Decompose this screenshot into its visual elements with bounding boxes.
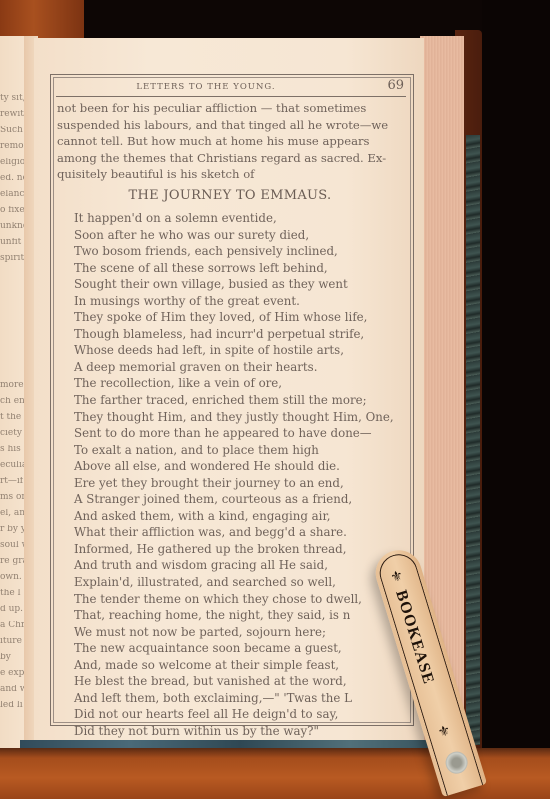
poem-line: Though blameless, had incurr'd perpetual…: [74, 326, 394, 343]
left-page-fragment: t the ti: [0, 413, 24, 422]
poem-line: The farther traced, enriched them still …: [74, 392, 394, 409]
prose-line: not been for his peculiar affliction — t…: [57, 100, 403, 117]
poem-line: In musings worthy of the great event.: [74, 293, 394, 310]
poem-line: That, reaching home, the night, they sai…: [74, 607, 394, 624]
left-page-fragment: ch enjo: [0, 397, 24, 406]
prose-line: among the themes that Christians regard …: [57, 150, 403, 167]
poem-line: Did they not burn within us by the way?": [74, 723, 394, 740]
poem-line: They spoke of Him they loved, of Him who…: [74, 309, 394, 326]
left-page-fragment: a Chr: [0, 621, 24, 630]
poem-line: A Stranger joined them, courteous as a f…: [74, 491, 394, 508]
poem-line: To exalt a nation, and to place them hig…: [74, 442, 394, 459]
left-page-fragment: soul w: [0, 541, 24, 550]
wooden-stand-top: [0, 0, 84, 40]
poem-line: And, made so welcome at their simple fea…: [74, 657, 394, 674]
left-page-fragment: ms on: [0, 493, 24, 502]
marbled-board: [466, 135, 480, 745]
poem-line: And left them, both exclaiming,—" 'Twas …: [74, 690, 394, 707]
poem-line: Sought their own village, busied as they…: [74, 276, 394, 293]
poem-line: And asked them, with a kind, engaging ai…: [74, 508, 394, 525]
left-page-fragment: ed. no: [0, 174, 24, 183]
poem-line: They thought Him, and they justly though…: [74, 409, 394, 426]
running-head: LETTERS TO THE YOUNG. 69: [56, 80, 406, 97]
left-page-fragment: the l: [0, 589, 24, 598]
poem-line: The scene of all these sorrows left behi…: [74, 260, 394, 277]
poem-line: And truth and wisdom gracing all He said…: [74, 557, 394, 574]
left-page-fragment: rt—if: [0, 477, 24, 486]
poem-line: It happen'd on a solemn eventide,: [74, 210, 394, 227]
left-page-fragment: led li: [0, 701, 24, 710]
left-page-fragment: eligion,: [0, 158, 24, 167]
left-page-fragment: d up.: [0, 605, 24, 614]
poem-line: Two bosom friends, each pensively inclin…: [74, 243, 394, 260]
prose-paragraph: not been for his peculiar affliction — t…: [57, 100, 403, 183]
left-page-fragment: s his o: [0, 445, 24, 454]
left-page-fragment: el, and: [0, 509, 24, 518]
poem-line: Soon after he who was our surety died,: [74, 227, 394, 244]
left-page-fragment: more p: [0, 381, 24, 390]
poem-line: Informed, He gathered up the broken thre…: [74, 541, 394, 558]
left-page-fragment: ty sit,: [0, 94, 24, 103]
left-page-fragment: elanch: [0, 190, 24, 199]
left-page-fragment: rewith: [0, 110, 24, 119]
left-page-fragment: spirit: [0, 254, 24, 263]
poem-line: The recollection, like a vein of ore,: [74, 375, 394, 392]
left-page-fragment: unfit: [0, 238, 24, 247]
left-page-fragment: iture: [0, 637, 24, 646]
poem-line: What their affliction was, and begg'd a …: [74, 524, 394, 541]
left-page-fragment: ciety w: [0, 429, 24, 438]
prose-line: quisitely beautiful is his sketch of: [57, 166, 403, 183]
poem-line: Did not our hearts feel all He deign'd t…: [74, 706, 394, 723]
poem-line: The new acquaintance soon became a guest…: [74, 640, 394, 657]
poem-line: Ere yet they brought their journey to an…: [74, 475, 394, 492]
left-page-fragment: re gra: [0, 557, 24, 566]
left-page-fragment: o fixed: [0, 206, 24, 215]
poem-line: The tender theme on which they chose to …: [74, 591, 394, 608]
running-head-title: LETTERS TO THE YOUNG.: [56, 82, 356, 92]
left-page-fragment: Such: [0, 126, 24, 135]
poem-line: Above all else, and wondered He should d…: [74, 458, 394, 475]
prose-line: suspended his labours, and that tinged a…: [57, 117, 403, 134]
poem-line: A deep memorial graven on their hearts.: [74, 359, 394, 376]
poem-line: We must not now be parted, sojourn here;: [74, 624, 394, 641]
poem-line: Explain'd, illustrated, and searched so …: [74, 574, 394, 591]
left-page-fragment: unkno: [0, 222, 24, 231]
left-page-fragment: e expo: [0, 669, 24, 678]
left-page-fragment: eculiar: [0, 461, 24, 470]
prose-line: cannot tell. But how much at home his mu…: [57, 133, 403, 150]
poem-body: It happen'd on a solemn eventide,Soon af…: [74, 210, 394, 740]
right-background: [482, 0, 550, 799]
left-page-fragment: and w: [0, 685, 24, 694]
left-page-fragment: own.: [0, 573, 24, 582]
poem-line: Sent to do more than he appeared to have…: [74, 425, 394, 442]
poem-line: He blest the bread, but vanished at the …: [74, 673, 394, 690]
poem-title: THE JOURNEY TO EMMAUS.: [57, 188, 403, 203]
poem-line: Whose deeds had left, in spite of hostil…: [74, 342, 394, 359]
left-page-fragment: remonie: [0, 142, 24, 151]
left-page-fragment: by: [0, 653, 24, 662]
left-page-fragment: r by y: [0, 525, 24, 534]
page-number: 69: [387, 78, 404, 93]
